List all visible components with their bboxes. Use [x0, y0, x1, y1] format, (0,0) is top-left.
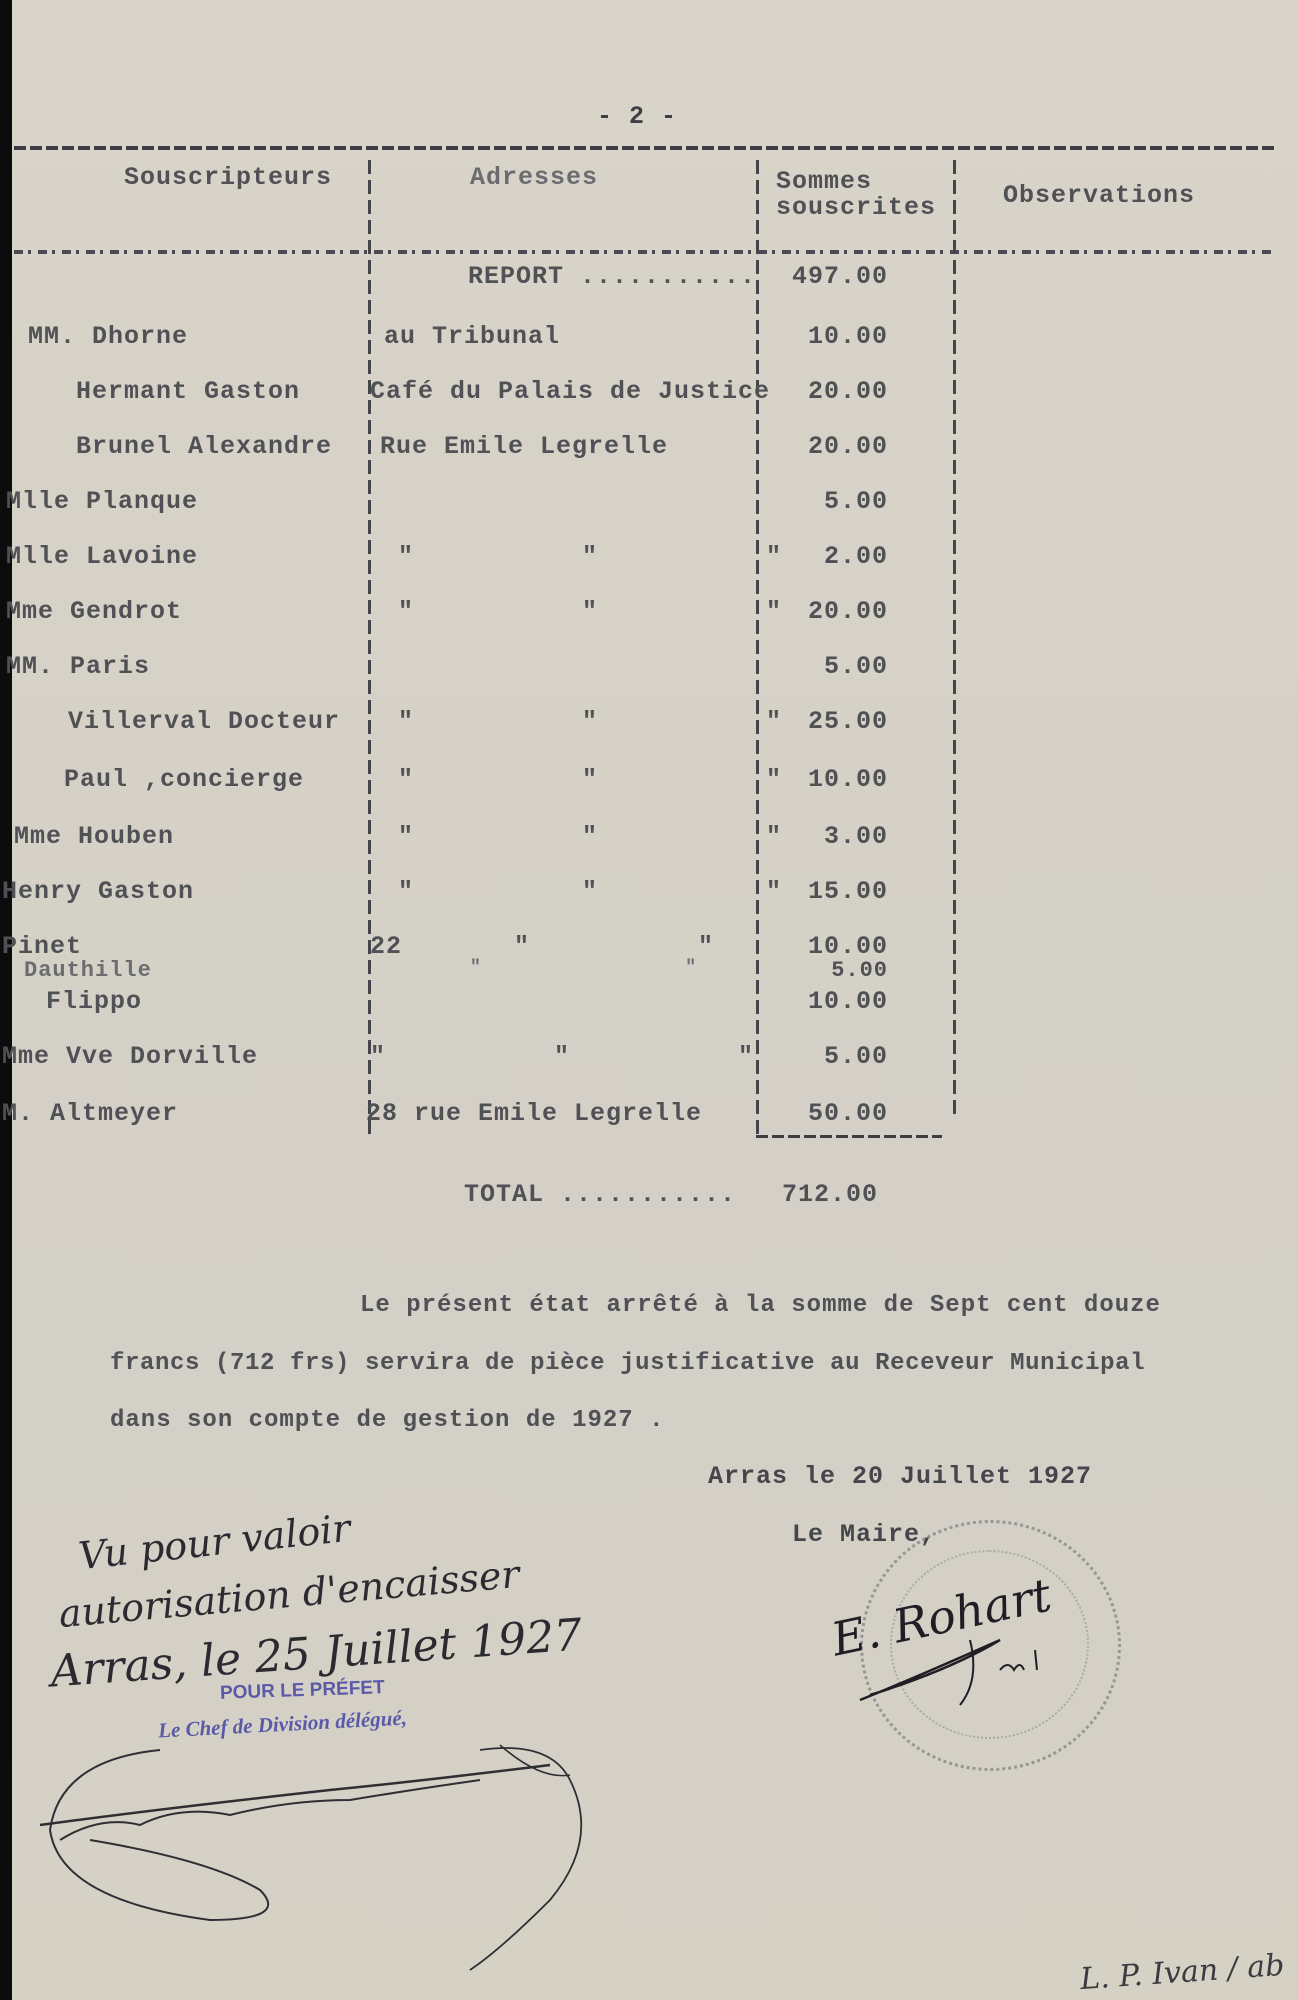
paragraph-line-2: francs (712 frs) servira de pièce justif…: [110, 1350, 1145, 1377]
row-address: " " ": [398, 707, 782, 736]
row-address: " " ": [398, 597, 782, 626]
row-amount: 10.00: [778, 322, 888, 351]
row-amount: 3.00: [778, 822, 888, 851]
place-date: Arras le 20 Juillet 1927: [708, 1462, 1092, 1491]
top-rule: [14, 146, 1276, 150]
row-address: " " ": [398, 765, 782, 794]
row-address: " " ": [370, 1042, 754, 1071]
header-sums-1: Sommes: [776, 167, 872, 196]
row-name: Mme Houben: [14, 822, 174, 851]
row-address: Café du Palais de Justice: [370, 377, 770, 406]
row-amount: 20.00: [778, 432, 888, 461]
mayor-signature-flourish: [850, 1600, 1110, 1710]
row-amount: 50.00: [778, 1099, 888, 1128]
row-address: " " ": [398, 542, 782, 571]
row-amount: 5.00: [778, 652, 888, 681]
sum-underline: [756, 1135, 942, 1138]
row-name: MM. Dhorne: [28, 322, 188, 351]
report-amount: 497.00: [778, 262, 888, 291]
header-observations: Observations: [1003, 181, 1195, 210]
header-sums-2: souscrites: [776, 193, 936, 222]
header-separator: [14, 250, 1276, 254]
row-name: Mme Vve Dorville: [2, 1042, 258, 1071]
row-amount: 2.00: [778, 542, 888, 571]
total-label: TOTAL ...........: [464, 1180, 736, 1209]
row-address: " " ": [398, 822, 782, 851]
row-amount: 20.00: [778, 597, 888, 626]
row-amount: 25.00: [778, 707, 888, 736]
header-addresses: Adresses: [470, 163, 598, 192]
row-name: Mme Gendrot: [6, 597, 182, 626]
row-address: " ": [470, 958, 697, 978]
row-address: " " ": [398, 877, 782, 906]
row-amount: 10.00: [778, 932, 888, 961]
divider-sums-observations: [953, 160, 956, 1120]
row-amount: 20.00: [778, 377, 888, 406]
row-address: 22 " ": [370, 932, 714, 961]
row-name: Mlle Lavoine: [6, 542, 198, 571]
row-name: Brunel Alexandre: [76, 432, 332, 461]
divider-addresses-sums: [756, 160, 759, 1140]
row-name: Pinet: [2, 932, 82, 961]
row-name: Hermant Gaston: [76, 377, 300, 406]
row-name: Henry Gaston: [2, 877, 194, 906]
report-label: REPORT ...........: [468, 262, 756, 291]
row-amount: 5.00: [778, 958, 888, 983]
row-name: Flippo: [46, 987, 142, 1016]
row-amount: 10.00: [778, 765, 888, 794]
divider-names-addresses: [368, 160, 371, 1140]
row-name: Villerval Docteur: [68, 707, 340, 736]
row-address: au Tribunal: [384, 322, 560, 351]
row-amount: 10.00: [778, 987, 888, 1016]
row-name: Mlle Planque: [6, 487, 198, 516]
scan-edge: [0, 0, 12, 2000]
paragraph-line-1: Le présent état arrêté à la somme de Sep…: [360, 1292, 1161, 1319]
page-number: - 2 -: [597, 102, 677, 131]
row-amount: 5.00: [778, 1042, 888, 1071]
row-name: MM. Paris: [6, 652, 150, 681]
header-subscribers: Souscripteurs: [124, 163, 332, 192]
row-name: M. Altmeyer: [2, 1099, 178, 1128]
prefect-signature: [30, 1720, 630, 1980]
paragraph-line-3: dans son compte de gestion de 1927 .: [110, 1407, 664, 1434]
row-name: Paul ,concierge: [64, 765, 304, 794]
row-address: Rue Emile Legrelle: [380, 432, 668, 461]
row-address: 28 rue Emile Legrelle: [366, 1099, 702, 1128]
row-amount: 5.00: [778, 487, 888, 516]
row-amount: 15.00: [778, 877, 888, 906]
row-name: Dauthille: [24, 958, 152, 983]
total-amount: 712.00: [768, 1180, 878, 1209]
